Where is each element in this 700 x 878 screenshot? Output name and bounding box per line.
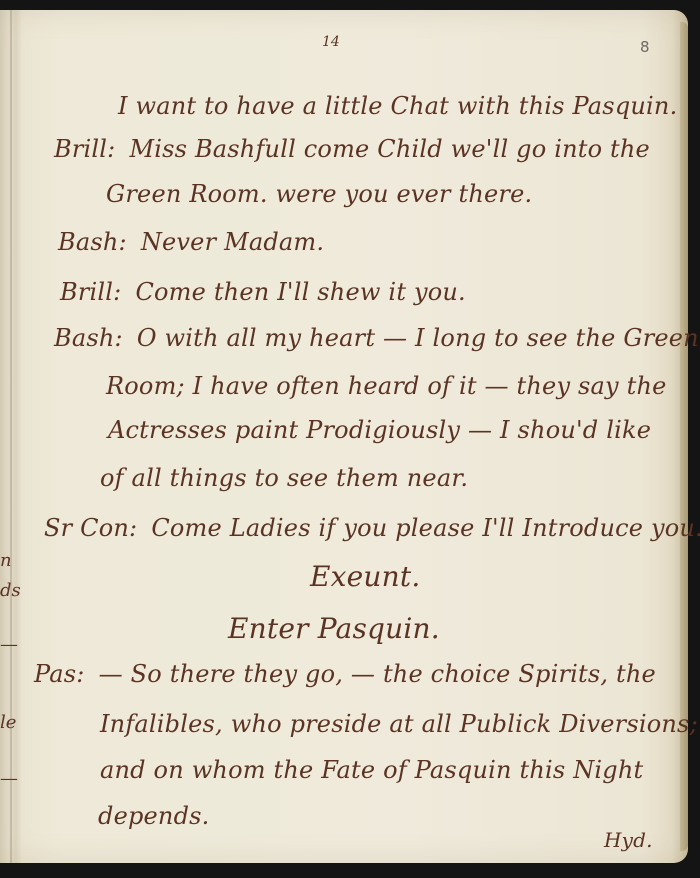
line-text: and on whom the Fate of Pasquin this Nig… — [100, 756, 643, 784]
gutter-shadow — [10, 10, 12, 863]
dialogue-line: Bash:O with all my heart — I long to see… — [54, 324, 699, 352]
line-text: Enter Pasquin. — [228, 612, 440, 645]
speaker-name: Bash: — [54, 324, 123, 352]
manuscript-page: 14 8 n ds — le — I want to have a little… — [0, 10, 688, 863]
stage-direction-enter: Enter Pasquin. — [228, 612, 440, 645]
catchword: Hyd. — [604, 828, 653, 852]
line-text: Room; I have often heard of it — they sa… — [106, 372, 667, 400]
margin-fragment: le — [0, 712, 16, 733]
stage-direction-exeunt: Exeunt. — [310, 560, 420, 593]
speaker-name: Bash: — [58, 228, 127, 256]
line-text: O with all my heart — I long to see the … — [137, 324, 699, 352]
line-text: Infalibles, who preside at all Publick D… — [100, 710, 698, 738]
folio-number: 8 — [640, 38, 650, 56]
line-text: Miss Bashfull come Child we'll go into t… — [129, 135, 650, 163]
margin-fragment: ds — [0, 580, 21, 601]
text-line: Room; I have often heard of it — they sa… — [106, 372, 667, 400]
dialogue-line: Brill:Miss Bashfull come Child we'll go … — [54, 135, 650, 163]
dialogue-line: Bash:Never Madam. — [58, 228, 324, 256]
speaker-name: Sr Con: — [44, 514, 137, 542]
dialogue-line: Pas:— So there they go, — the choice Spi… — [34, 660, 656, 688]
line-text: — So there they go, — the choice Spirits… — [99, 660, 656, 688]
line-text: Green Room. were you ever there. — [106, 180, 532, 208]
line-text: Actresses paint Prodigiously — I shou'd … — [108, 416, 651, 444]
line-text: I want to have a little Chat with this P… — [118, 92, 677, 120]
text-line: I want to have a little Chat with this P… — [118, 92, 677, 120]
dialogue-line: Sr Con:Come Ladies if you please I'll In… — [44, 514, 700, 542]
line-text: Come then I'll shew it you. — [135, 278, 465, 306]
line-text: Never Madam. — [141, 228, 324, 256]
speaker-name: Pas: — [34, 660, 85, 688]
text-line: Green Room. were you ever there. — [106, 180, 532, 208]
margin-fragment: n — [0, 550, 12, 571]
speaker-name: Brill: — [60, 278, 121, 306]
margin-fragment: — — [0, 768, 18, 789]
speaker-name: Brill: — [54, 135, 115, 163]
text-line: Infalibles, who preside at all Publick D… — [100, 710, 698, 738]
text-line: of all things to see them near. — [100, 464, 468, 492]
line-text: Come Ladies if you please I'll Introduce… — [151, 514, 700, 542]
line-text: of all things to see them near. — [100, 464, 468, 492]
margin-fragment: — — [0, 634, 18, 655]
text-line: Actresses paint Prodigiously — I shou'd … — [108, 416, 651, 444]
page-number: 14 — [322, 34, 340, 50]
text-line: and on whom the Fate of Pasquin this Nig… — [100, 756, 643, 784]
dialogue-line: Brill:Come then I'll shew it you. — [60, 278, 466, 306]
line-text: depends. — [98, 802, 210, 830]
text-line: depends. — [98, 802, 210, 830]
line-text: Exeunt. — [310, 560, 420, 593]
